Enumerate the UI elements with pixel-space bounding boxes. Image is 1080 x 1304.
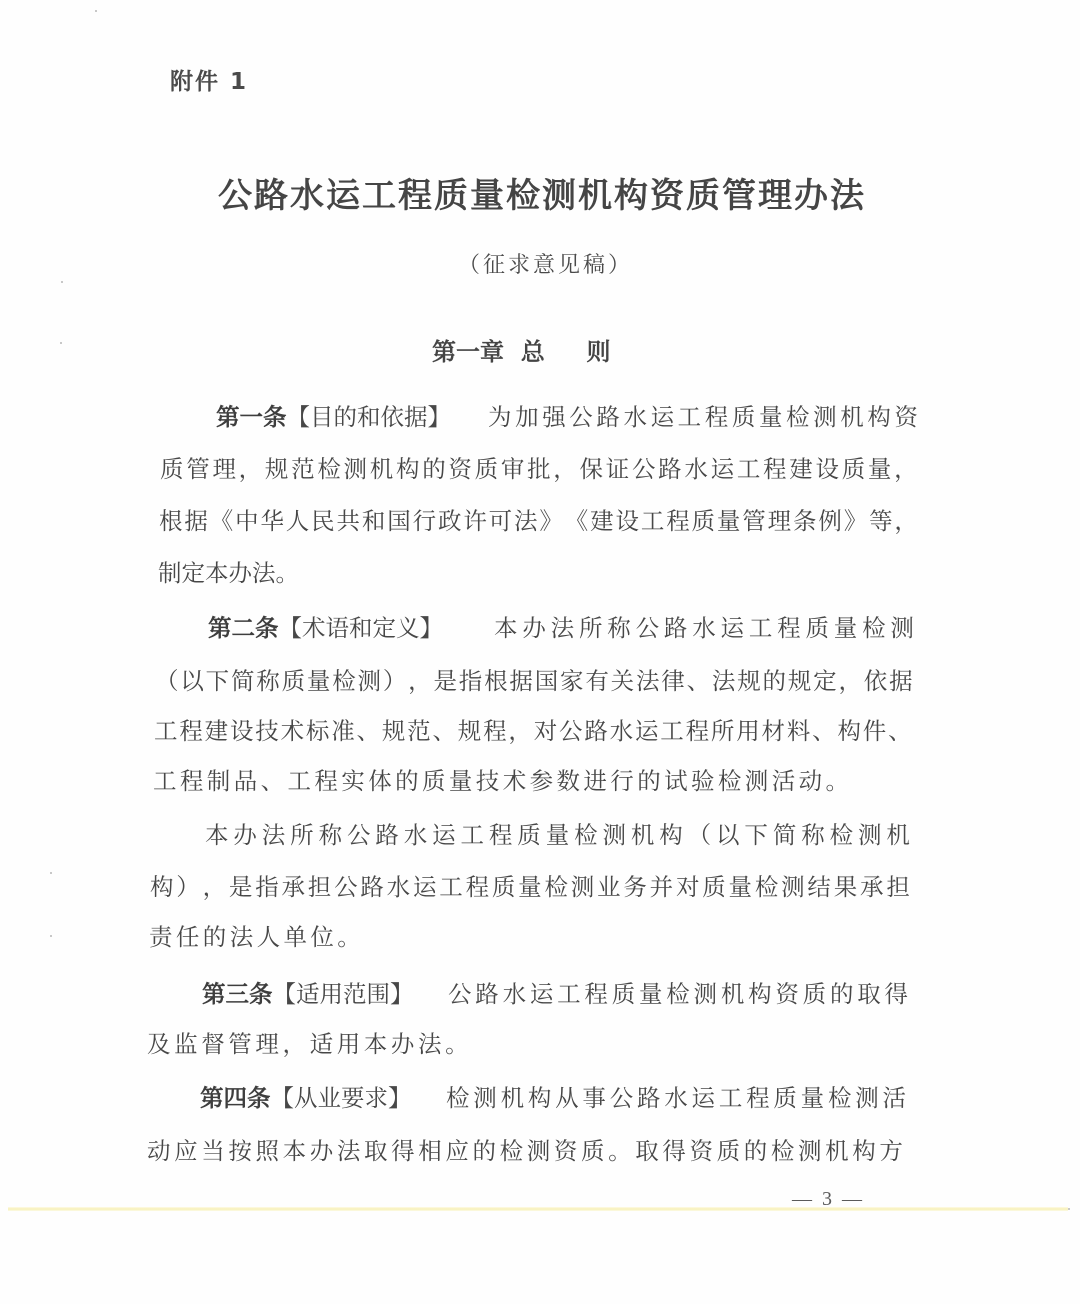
article-text: 检测机构从事公路水运工程质量检测活: [446, 1083, 906, 1113]
article-number: 第二条: [208, 614, 279, 642]
article-4-line-2: 动应当按照本办法取得相应的检测资质。取得资质的检测机构方: [147, 1136, 903, 1166]
article-heading: 【适用范围】: [273, 980, 414, 1008]
scan-speck: [61, 281, 63, 283]
article-text: 公路水运工程质量检测机构资质的取得: [448, 979, 908, 1009]
scan-speck: [50, 872, 52, 874]
article-3-line-2: 及监督管理，适用本办法。: [147, 1029, 472, 1059]
article-2-line-2: （以下简称质量检测），是指根据国家有关法律、法规的规定，依据: [155, 666, 913, 696]
scan-speck: [1068, 1208, 1070, 1210]
article-1-line-4: 制定本办法。: [158, 558, 299, 588]
article-heading: 【目的和依据】: [287, 403, 452, 431]
article-3-line-1: 第三条【适用范围】 公路水运工程质量检测机构资质的取得: [202, 979, 908, 1009]
article-1-line-2: 质管理，规范检测机构的资质审批，保证公路水运工程建设质量，: [160, 454, 918, 484]
chapter-title: 第一章 总 则: [432, 332, 611, 367]
article-2-para2-line-2: 构），是指承担公路水运工程质量检测业务并对质量检测结果承担: [150, 872, 910, 902]
article-number: 第四条: [200, 1084, 271, 1112]
scan-speck: [50, 935, 52, 937]
article-number: 第三条: [202, 980, 273, 1008]
article-3-head: 第三条【适用范围】: [202, 979, 414, 1009]
article-2-line-3: 工程建设技术标准、规范、规程，对公路水运工程所用材料、构件、: [154, 716, 912, 746]
article-1-line-3: 根据《中华人民共和国行政许可法》《建设工程质量管理条例》等，: [159, 506, 918, 536]
article-2-head: 第二条【术语和定义】: [208, 613, 443, 643]
scan-speck: [60, 342, 62, 344]
article-heading: 【术语和定义】: [279, 614, 444, 642]
article-4-line-1: 第四条【从业要求】 检测机构从事公路水运工程质量检测活: [200, 1083, 906, 1113]
article-text: 为加强公路水运工程质量检测机构资: [488, 402, 918, 432]
article-heading: 【从业要求】: [271, 1084, 412, 1112]
scan-fold-line: [8, 1207, 1068, 1211]
article-2-line-4: 工程制品、工程实体的质量技术参数进行的试验检测活动。: [153, 766, 852, 796]
document-title: 公路水运工程质量检测机构资质管理办法: [218, 168, 878, 217]
document-subtitle: （征求意见稿）: [458, 248, 633, 279]
article-number: 第一条: [216, 403, 287, 431]
article-1-line-1: 第一条【目的和依据】 为加强公路水运工程质量检测机构资: [216, 402, 918, 432]
article-text: 本办法所称公路水运工程质量检测: [494, 613, 914, 643]
article-2-para2-line-3: 责任的法人单位。: [149, 922, 364, 952]
scan-speck: [95, 10, 97, 12]
attachment-label: 附件 1: [170, 63, 248, 96]
article-2-para2-line-1: 本办法所称公路水运工程质量检测机构（以下简称检测机: [205, 820, 910, 850]
article-4-head: 第四条【从业要求】: [200, 1083, 412, 1113]
article-2-line-1: 第二条【术语和定义】 本办法所称公路水运工程质量检测: [208, 613, 914, 643]
article-1-head: 第一条【目的和依据】: [216, 402, 451, 432]
document-page: 附件 1 公路水运工程质量检测机构资质管理办法 （征求意见稿） 第一章 总 则 …: [0, 0, 1080, 1304]
